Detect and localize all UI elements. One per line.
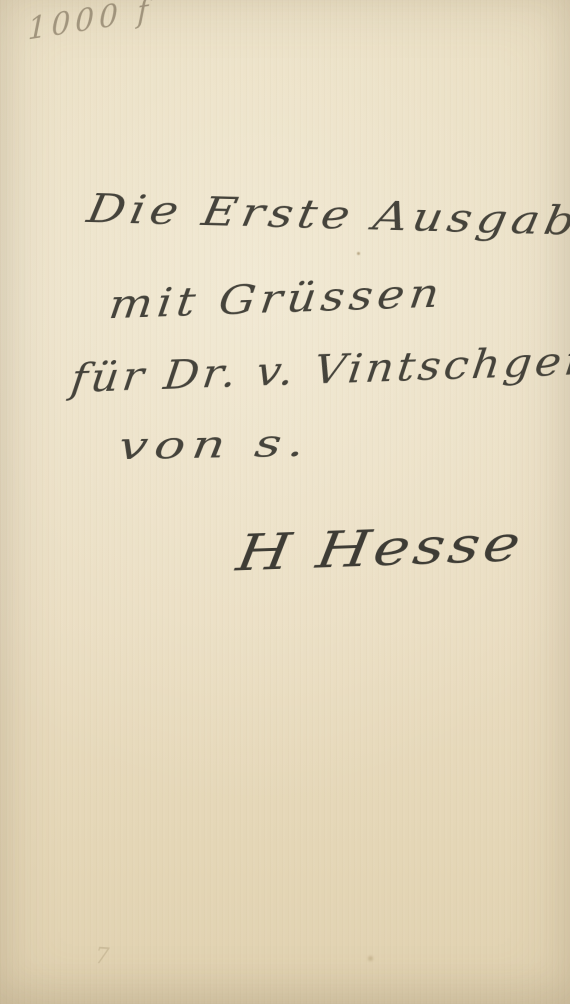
- scanned-inscription-page: 1000 f Die Erste Ausgabe mit Grüssen für…: [0, 0, 570, 1004]
- inscription-line-1: Die Erste Ausgabe: [84, 186, 570, 246]
- inscription-line-3: für Dr. v. Vintschger: [68, 338, 570, 402]
- faint-pencil-mark: 7: [94, 944, 110, 970]
- signature-h-hesse: H Hesse: [233, 514, 528, 582]
- paper-speck: [368, 956, 373, 961]
- paper-speck: [357, 252, 360, 255]
- inscription-line-2: mit Grüssen: [106, 270, 446, 328]
- inscription-line-4: von s.: [116, 421, 315, 468]
- pencil-price-note: 1000 f: [27, 0, 153, 48]
